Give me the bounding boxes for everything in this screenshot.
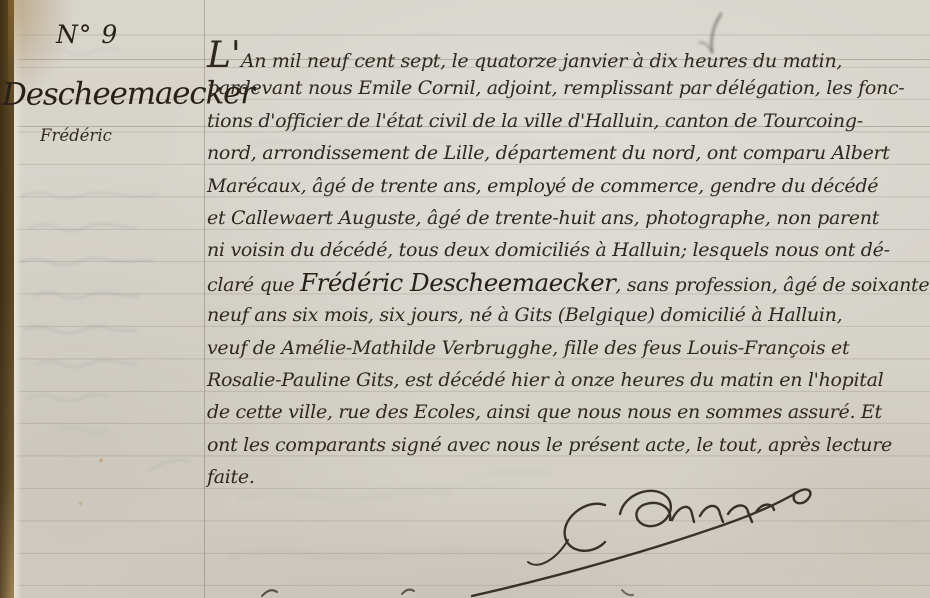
act-line-1: L'An mil neuf cent sept, le quatorze jan… <box>207 40 927 72</box>
signature-loop-stroke <box>620 491 671 526</box>
act-line-10: veuf de Amélie-Mathilde Verbrugghe, fill… <box>207 332 927 364</box>
act-line-5: Marécaux, âgé de trente ans, employé de … <box>207 170 927 202</box>
paper-speck <box>98 458 104 463</box>
register-page: N° 9 Descheemaecker Frédéric L'An mil ne… <box>0 0 930 598</box>
signature-descender-stroke <box>528 540 568 565</box>
initial-capital: L' <box>207 35 241 76</box>
signature-initial-stroke <box>565 504 605 551</box>
act-line-9: neuf ans six mois, six jours, né à Gits … <box>207 299 927 331</box>
paper-speck <box>78 501 83 506</box>
act-number: N° 9 <box>56 20 118 49</box>
act-line-14: faite. <box>207 461 927 493</box>
act-line-6: et Callewaert Auguste, âgé de trente-hui… <box>207 202 927 234</box>
act-line-4: nord, arrondissement de Lille, départeme… <box>207 137 927 169</box>
signature-strokes <box>472 489 810 596</box>
signature-minims-stroke <box>672 505 774 522</box>
act-line-3: tions d'officier de l'état civil de la v… <box>207 105 927 137</box>
act-line-7: ni voisin du décédé, tous deux domicilié… <box>207 234 927 266</box>
act-body: L'An mil neuf cent sept, le quatorze jan… <box>207 40 927 493</box>
act-line-2: pardevant nous Emile Cornil, adjoint, re… <box>207 72 927 104</box>
act-line-8-pre: claré que <box>207 274 300 296</box>
next-act-marks <box>262 590 633 596</box>
deceased-name-emphasis: Frédéric Descheemaecker <box>300 268 615 297</box>
act-line-11: Rosalie-Pauline Gits, est décédé hier à … <box>207 364 927 396</box>
signature-tail-stroke <box>472 489 810 596</box>
act-line-13: ont les comparants signé avec nous le pr… <box>207 429 927 461</box>
act-line-8: claré que Frédéric Descheemaecker, sans … <box>207 267 927 299</box>
deceased-given-name: Frédéric <box>40 126 112 145</box>
act-line-1-text: An mil neuf cent sept, le quatorze janvi… <box>241 50 842 72</box>
act-line-8-post: , sans profession, âgé de soixante- <box>615 274 930 296</box>
act-line-12: de cette ville, rue des Ecoles, ainsi qu… <box>207 396 927 428</box>
